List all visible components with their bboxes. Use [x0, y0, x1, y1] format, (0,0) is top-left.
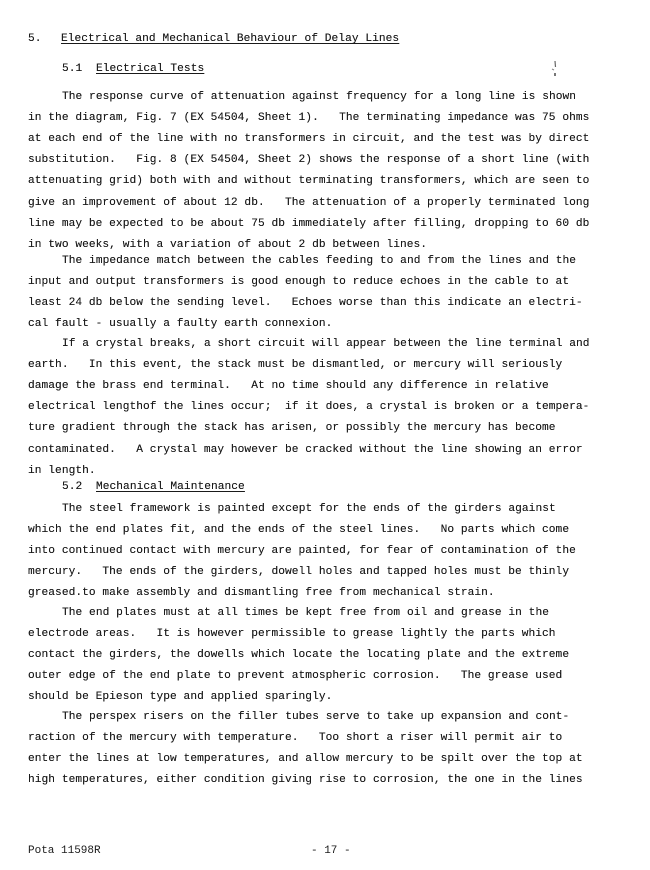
- text-line: contact the girders, the dowells which l…: [28, 648, 569, 662]
- pencil-mark-icon: [551, 61, 557, 77]
- text-line: substitution. Fig. 8 (EX 54504, Sheet 2)…: [28, 153, 589, 167]
- text-line: in length.: [28, 464, 96, 478]
- page-number: - 17 -: [311, 845, 351, 857]
- text-line: in two weeks, with a variation of about …: [28, 238, 427, 252]
- text-line: contaminated. A crystal may however be c…: [28, 443, 583, 457]
- subsection-heading-5-2: 5.2Mechanical Maintenance: [62, 480, 245, 494]
- text-line: at each end of the line with no transfor…: [28, 132, 589, 146]
- section-title: Electrical and Mechanical Behaviour of D…: [61, 33, 399, 45]
- text-line: give an improvement of about 12 db. The …: [28, 196, 589, 210]
- text-line: electrode areas. It is however permissib…: [28, 627, 556, 641]
- text-line: into continued contact with mercury are …: [28, 544, 576, 558]
- text-line: electrical lengthof the lines occur; if …: [28, 400, 589, 414]
- text-line: damage the brass end terminal. At no tim…: [28, 379, 549, 393]
- text-line: in the diagram, Fig. 7 (EX 54504, Sheet …: [28, 111, 589, 125]
- text-line: high temperatures, either condition givi…: [28, 773, 583, 787]
- text-line: enter the lines at low temperatures, and…: [28, 752, 583, 766]
- text-line: least 24 db below the sending level. Ech…: [28, 296, 583, 310]
- text-line: which the end plates fit, and the ends o…: [28, 523, 569, 537]
- subsection-number: 5.1: [62, 62, 96, 76]
- text-line: The response curve of attenuation agains…: [62, 90, 576, 104]
- document-page: 5.Electrical and Mechanical Behaviour of…: [0, 0, 650, 870]
- subsection-number: 5.2: [62, 480, 96, 494]
- document-reference: Pota 11598R: [28, 845, 101, 857]
- text-line: greased.to make assembly and dismantling…: [28, 586, 495, 600]
- text-line: The perspex risers on the filler tubes s…: [62, 710, 569, 724]
- text-line: attenuating grid) both with and without …: [28, 174, 589, 188]
- subsection-title: Mechanical Maintenance: [96, 481, 245, 493]
- text-line: cal fault - usually a faulty earth conne…: [28, 317, 332, 331]
- text-line: mercury. The ends of the girders, dowell…: [28, 565, 569, 579]
- section-heading: 5.Electrical and Mechanical Behaviour of…: [28, 32, 399, 46]
- text-line: outer edge of the end plate to prevent a…: [28, 669, 562, 683]
- text-line: input and output transformers is good en…: [28, 275, 569, 289]
- section-number: 5.: [28, 32, 61, 46]
- text-line: line may be expected to be about 75 db i…: [28, 217, 589, 231]
- text-line: earth. In this event, the stack must be …: [28, 358, 562, 372]
- text-line: The steel framework is painted except fo…: [62, 502, 556, 516]
- text-line: If a crystal breaks, a short circuit wil…: [62, 337, 590, 351]
- text-line: ture gradient through the stack has aris…: [28, 421, 556, 435]
- text-line: The end plates must at all times be kept…: [62, 606, 549, 620]
- subsection-heading-5-1: 5.1Electrical Tests: [62, 62, 204, 76]
- text-line: should be Epieson type and applied spari…: [28, 690, 332, 704]
- text-line: The impedance match between the cables f…: [62, 254, 576, 268]
- subsection-title: Electrical Tests: [96, 63, 204, 75]
- text-line: raction of the mercury with temperature.…: [28, 731, 562, 745]
